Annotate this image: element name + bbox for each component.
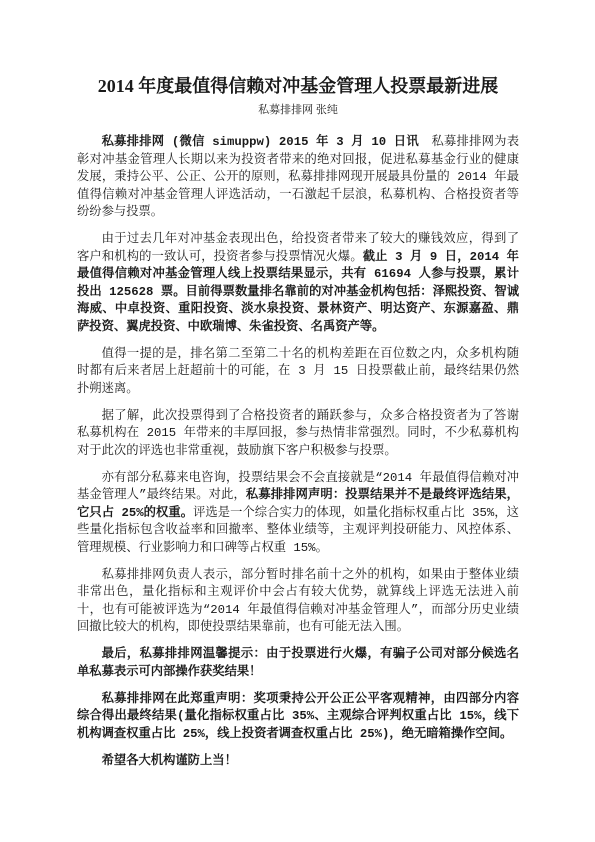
document-body: 私募排排网 (微信 simuppw) 2015 年 3 月 10 日讯 私募排排… bbox=[77, 134, 519, 770]
bold-text-run: 私募排排网 (微信 simuppw) 2015 年 3 月 10 日讯 bbox=[102, 135, 432, 149]
paragraph: 私募排排网负责人表示，部分暂时排名前十之外的机构，如果由于整体业绩非常出色，量化… bbox=[77, 567, 519, 637]
bold-text-run: 私募排排网在此郑重声明：奖项秉持公开公正公平客观精神，由四部分内容综合得出最终结… bbox=[77, 692, 519, 741]
bold-text-run: 希望各大机构谨防上当！ bbox=[102, 754, 237, 768]
paragraph: 希望各大机构谨防上当！ bbox=[77, 753, 519, 771]
text-run: 据了解，此次投票得到了合格投资者的踊跃参与，众多合格投资者为了答谢私募机构在 2… bbox=[77, 409, 519, 458]
paragraph: 最后，私募排排网温馨提示：由于投票进行火爆，有骗子公司对部分候选名单私募表示可内… bbox=[77, 646, 519, 681]
document-content: 2014 年度最值得信赖对冲基金管理人投票最新进展 私募排排网 张纯 私募排排网… bbox=[77, 0, 519, 780]
paragraph: 私募排排网 (微信 simuppw) 2015 年 3 月 10 日讯 私募排排… bbox=[77, 134, 519, 222]
text-run: 私募排排网负责人表示，部分暂时排名前十之外的机构，如果由于整体业绩非常出色，量化… bbox=[77, 568, 519, 635]
text-run: 值得一提的是，排名第二至第二十名的机构差距在百位数之内，众多机构随时都有后来者居… bbox=[77, 347, 519, 396]
document-title: 2014 年度最值得信赖对冲基金管理人投票最新进展 bbox=[77, 0, 519, 98]
paragraph: 亦有部分私募来电咨询，投票结果会不会直接就是“2014 年最值得信赖对冲基金管理… bbox=[77, 470, 519, 558]
paragraph: 由于过去几年对冲基金表现出色，给投资者带来了较大的赚钱效应，得到了客户和机构的一… bbox=[77, 231, 519, 336]
byline: 私募排排网 张纯 bbox=[77, 103, 519, 118]
paragraph: 据了解，此次投票得到了合格投资者的踊跃参与，众多合格投资者为了答谢私募机构在 2… bbox=[77, 408, 519, 461]
paragraph: 私募排排网在此郑重声明：奖项秉持公开公正公平客观精神，由四部分内容综合得出最终结… bbox=[77, 691, 519, 744]
bold-text-run: 最后，私募排排网温馨提示：由于投票进行火爆，有骗子公司对部分候选名单私募表示可内… bbox=[77, 647, 519, 679]
paragraph: 值得一提的是，排名第二至第二十名的机构差距在百位数之内，众多机构随时都有后来者居… bbox=[77, 346, 519, 399]
document-page: 2014 年度最值得信赖对冲基金管理人投票最新进展 私募排排网 张纯 私募排排网… bbox=[0, 0, 595, 842]
